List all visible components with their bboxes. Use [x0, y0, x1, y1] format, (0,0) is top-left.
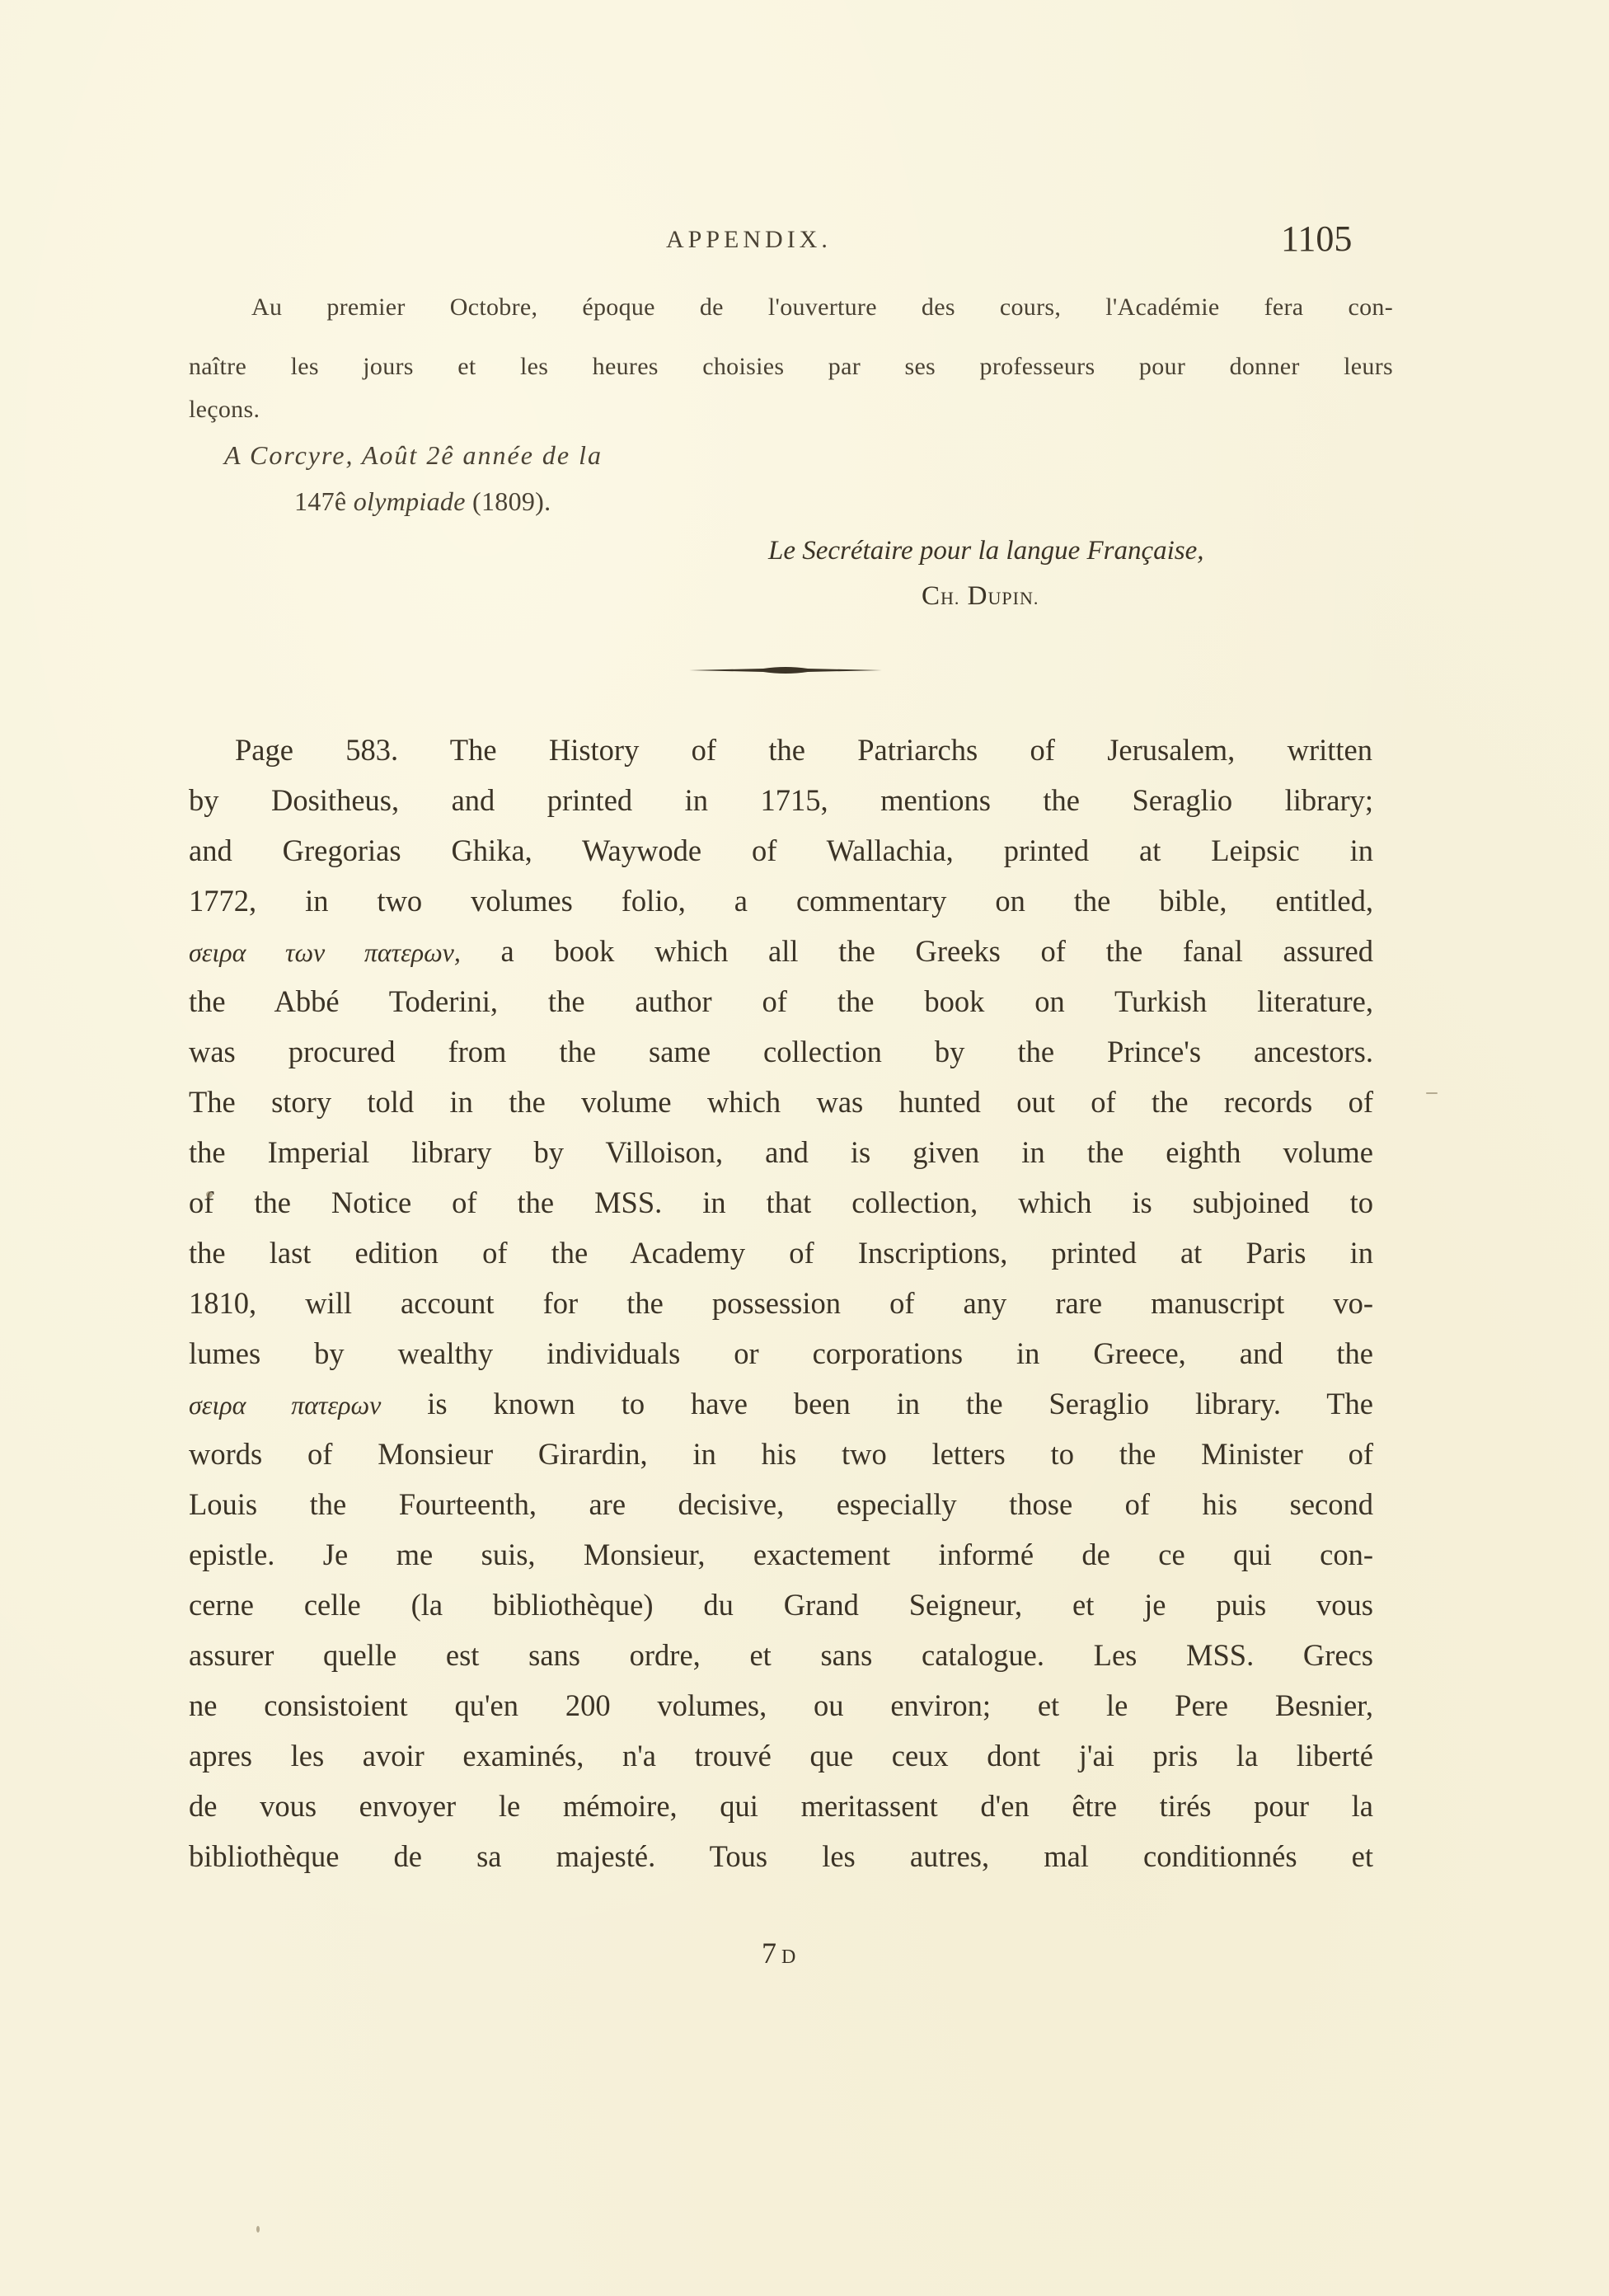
signature-mark: 7D — [762, 1936, 795, 1970]
dateline-line-1: A Corcyre, Août 2ê année de la — [224, 439, 603, 472]
note-line-9: the Imperial library by Villoison, and i… — [189, 1136, 1373, 1169]
note-line-5-text: a book which all the Greeks of the fanal… — [461, 934, 1373, 968]
note-line-16: Louis the Fourteenth, are decisive, espe… — [189, 1488, 1373, 1521]
note-line-7: was procured from the same collection by… — [189, 1035, 1373, 1068]
note-line-18: cerne celle (la bibliothèque) du Grand S… — [189, 1589, 1373, 1622]
note-line-21: apres les avoir examinés, n'a trouvé que… — [189, 1740, 1373, 1772]
french-line-3: leçons. — [189, 393, 260, 426]
ornament-rule-icon — [689, 664, 882, 676]
dateline-line-2: 147ê olympiade (1809). — [294, 485, 551, 518]
name-initial-2: D — [968, 581, 988, 611]
signature-name: CH. DUPIN. — [922, 581, 1039, 612]
signature-mark-number: 7 — [762, 1937, 776, 1970]
dateline-year: (1809). — [472, 486, 551, 516]
name-initial-1: C — [922, 581, 941, 611]
note-line-3: and Gregorias Ghika, Waywode of Wallachi… — [189, 834, 1373, 867]
paper-speck — [1426, 1092, 1438, 1094]
running-head: APPENDIX. 1105 — [0, 223, 1609, 264]
note-line-17: epistle. Je me suis, Monsieur, exactemen… — [189, 1538, 1373, 1571]
note-line-14-text: is known to have been in the Seraglio li… — [381, 1387, 1373, 1420]
note-line-20: ne consistoient qu'en 200 volumes, ou en… — [189, 1689, 1373, 1722]
note-line-22: de vous envoyer le mémoire, qui meritass… — [189, 1790, 1373, 1823]
french-line-2: naître les jours et les heures choisies … — [189, 350, 1393, 383]
signature-mark-letter: D — [781, 1946, 795, 1968]
note-line-14: σειρα πατερων is known to have been in t… — [189, 1387, 1373, 1421]
note-line-6: the Abbé Toderini, the author of the boo… — [189, 985, 1373, 1018]
olympiad-word: olympiade — [354, 486, 466, 516]
note-line-8: The story told in the volume which was h… — [189, 1086, 1373, 1119]
note-line-12: 1810, will account for the possession of… — [189, 1287, 1373, 1320]
note-line-4: 1772, in two volumes folio, a commentary… — [189, 885, 1373, 918]
paper-speck — [256, 2226, 260, 2233]
page-number: 1105 — [1281, 218, 1352, 260]
name-rest-2: UPIN. — [988, 588, 1039, 608]
signature-title: Le Secrétaire pour la langue Française, — [768, 536, 1204, 566]
note-line-10: of the Notice of the MSS. in that collec… — [189, 1186, 1373, 1219]
book-page: APPENDIX. 1105 Au premier Octobre, époqu… — [0, 0, 1609, 2296]
note-line-1: Page 583. The History of the Patriarchs … — [235, 734, 1372, 767]
note-line-2: by Dositheus, and printed in 1715, menti… — [189, 784, 1373, 817]
note-line-11: the last edition of the Academy of Inscr… — [189, 1237, 1373, 1270]
note-line-23: bibliothèque de sa majesté. Tous les aut… — [189, 1840, 1373, 1873]
greek-title-1: σειρα των πατερων, — [189, 937, 461, 967]
olympiad-number: 147ê — [294, 486, 346, 516]
french-line-1: Au premier Octobre, époque de l'ouvertur… — [251, 291, 1393, 324]
name-rest-1: H. — [941, 588, 959, 608]
note-line-5: σειρα των πατερων, a book which all the … — [189, 935, 1373, 969]
note-line-13: lumes by wealthy individuals or corporat… — [189, 1337, 1373, 1370]
note-line-19: assurer quelle est sans ordre, et sans c… — [189, 1639, 1373, 1672]
paper-speck — [206, 1191, 213, 1198]
running-title: APPENDIX. — [666, 226, 832, 254]
note-line-15: words of Monsieur Girardin, in his two l… — [189, 1438, 1373, 1471]
greek-title-2: σειρα πατερων — [189, 1390, 381, 1420]
